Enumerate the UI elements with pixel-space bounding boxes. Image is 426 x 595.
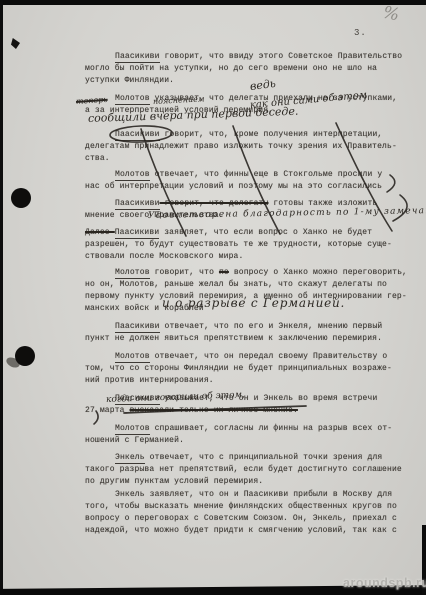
typed-line: Молотов отвечает, что он передал своему … xyxy=(115,352,387,362)
typed-line: Паасикиви говорит, что ввиду этого Совет… xyxy=(115,52,402,62)
typed-line: по другим пунктам условий перемирия. xyxy=(85,477,263,487)
typed-line: Далее Паасикиви заявляет, что если вопро… xyxy=(85,228,372,238)
typed-line: Молотов отвечает, что финны еще в Стокго… xyxy=(115,170,382,180)
typed-line: ношений с Германией. xyxy=(85,436,184,446)
typed-line: разрешен, то будут существовать те же тр… xyxy=(85,240,392,250)
typed-line: ства. xyxy=(85,154,110,164)
typed-line: Энкель заявляет, что он и Паасикиви приб… xyxy=(115,490,392,500)
typed-line: Паасикиви говорит, что, кроме получения … xyxy=(115,130,382,140)
typed-line: надеждой, что можно будет придти к смягч… xyxy=(85,526,397,536)
typed-line: того, чтобы высказать мнение финляндских… xyxy=(85,502,397,512)
typed-line: том, что со стороны Финляндии не будет п… xyxy=(85,364,392,374)
typed-line: Молотов спрашивает, согласны ли финны на… xyxy=(115,424,392,434)
typed-line: Паасикиви отвечает, что по его и Энкеля,… xyxy=(115,322,382,332)
typed-line: нас об интерпретации условий и поэтому м… xyxy=(85,182,382,192)
typed-line: Энкель отвечает, что с принципиальной то… xyxy=(115,453,382,463)
typed-line: делегатам принадлежит право изложить точ… xyxy=(85,142,397,152)
typed-line: уступки Финляндии. xyxy=(85,76,174,86)
typed-line: Молотов говорит, что по вопросу о Ханко … xyxy=(115,268,407,278)
typed-line: такого разрыва нет препятствий, если буд… xyxy=(85,465,402,475)
typed-line: пункт не должен явиться препятствием к з… xyxy=(85,334,382,344)
ink-speck xyxy=(11,38,20,49)
handwritten-annotation: и о разрыве с Германией. xyxy=(162,296,345,310)
margin-hook-mark xyxy=(387,175,395,192)
typed-line: могло бы пойти на уступки, но до сего вр… xyxy=(85,64,377,74)
scan-edge-top xyxy=(0,0,426,5)
watermark: aroundspb.ru xyxy=(343,576,426,590)
scanned-document-page: % 3. Паасикиви говорит, что ввиду этого … xyxy=(0,0,426,595)
punch-hole xyxy=(11,188,31,208)
page-number: 3. xyxy=(354,28,367,38)
typed-line: но он, Молотов, раньше желал бы знать, ч… xyxy=(85,280,387,290)
scan-edge-left xyxy=(0,0,3,595)
punch-hole xyxy=(15,346,35,366)
pencil-corner-mark: % xyxy=(381,3,401,26)
handwritten-annotation: ведь xyxy=(249,77,276,93)
handwritten-annotation: пояснением xyxy=(153,94,205,106)
typed-line: ний против интернирования. xyxy=(85,376,214,386)
typed-line: 27 марта высказали только их личное мнен… xyxy=(85,406,298,416)
typed-line: вопросу о переговорах с Советским Союзом… xyxy=(85,514,397,524)
typed-line: ствовали после Московского мира. xyxy=(85,252,243,262)
handwritten-annotation-struck: теперь xyxy=(76,95,108,106)
